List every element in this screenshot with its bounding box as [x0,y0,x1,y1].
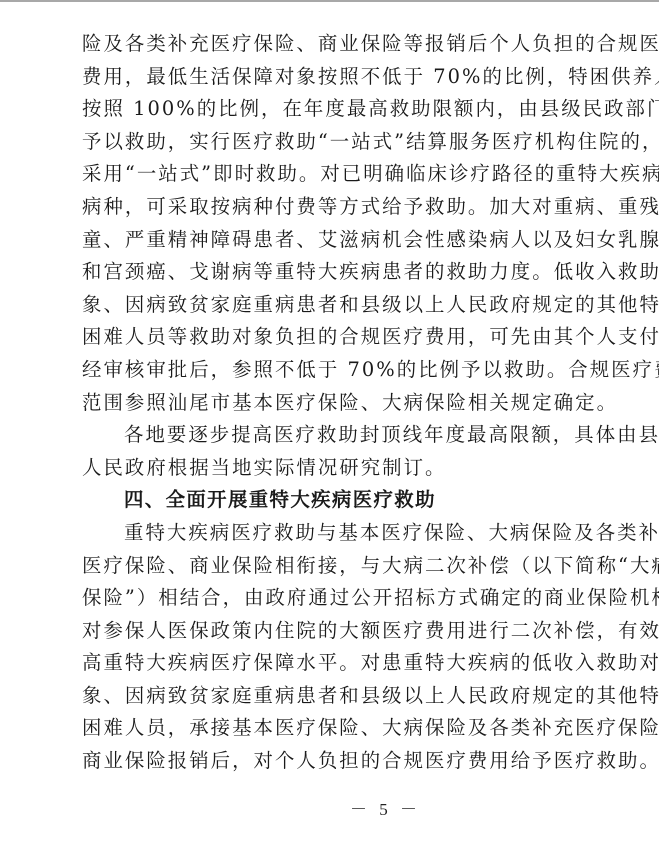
text-line: 保险”）相结合，由政府通过公开招标方式确定的商业保险机构 [82,582,582,615]
text-line: 高重特大疾病医疗保障水平。对患重特大疾病的低收入救助对 [82,647,582,680]
text-line: 医疗保险、商业保险相衔接，与大病二次补偿（以下简称“大病 [82,550,582,583]
text-line: 险及各类补充医疗保险、商业保险等报销后个人负担的合规医疗 [82,28,582,61]
text-line: 病种，可采取按病种付费等方式给予救助。加大对重病、重残儿 [82,191,582,224]
text-line: 费用，最低生活保障对象按照不低于 70%的比例，特困供养人员 [82,61,582,94]
text-line: 按照 100%的比例，在年度最高救助限额内，由县级民政部门直接 [82,93,582,126]
text-line: 各地要逐步提高医疗救助封顶线年度最高限额，具体由县级 [82,419,582,452]
section-heading: 四、全面开展重特大疾病医疗救助 [82,484,582,517]
paragraph-1: 险及各类补充医疗保险、商业保险等报销后个人负担的合规医疗 费用，最低生活保障对象… [82,28,582,419]
top-border-rule [0,0,659,2]
document-page-body: 险及各类补充医疗保险、商业保险等报销后个人负担的合规医疗 费用，最低生活保障对象… [82,28,582,778]
page-number: － 5 － [0,795,659,820]
text-line: 和宫颈癌、戈谢病等重特大疾病患者的救助力度。低收入救助对 [82,256,582,289]
text-line: 人民政府根据当地实际情况研究制订。 [82,452,582,485]
text-line: 象、因病致贫家庭重病患者和县级以上人民政府规定的其他特殊 [82,680,582,713]
text-line: 予以救助，实行医疗救助“一站式”结算服务医疗机构住院的， [82,126,582,159]
text-line: 范围参照汕尾市基本医疗保险、大病保险相关规定确定。 [82,387,582,420]
text-line: 经审核审批后，参照不低于 70%的比例予以救助。合规医疗费用 [82,354,582,387]
text-line: 象、因病致贫家庭重病患者和县级以上人民政府规定的其他特殊 [82,289,582,322]
text-line: 困难人员，承接基本医疗保险、大病保险及各类补充医疗保险、 [82,712,582,745]
text-line: 商业保险报销后，对个人负担的合规医疗费用给予医疗救助。 [82,745,582,778]
paragraph-2: 各地要逐步提高医疗救助封顶线年度最高限额，具体由县级 人民政府根据当地实际情况研… [82,419,582,484]
text-line: 采用“一站式”即时救助。对已明确临床诊疗路径的重特大疾病 [82,158,582,191]
text-line: 困难人员等救助对象负担的合规医疗费用，可先由其个人支付， [82,321,582,354]
text-line: 重特大疾病医疗救助与基本医疗保险、大病保险及各类补充 [82,517,582,550]
text-line: 童、严重精神障碍患者、艾滋病机会性感染病人以及妇女乳腺癌 [82,224,582,257]
text-line: 对参保人医保政策内住院的大额医疗费用进行二次补偿，有效提 [82,615,582,648]
paragraph-3: 重特大疾病医疗救助与基本医疗保险、大病保险及各类补充 医疗保险、商业保险相衔接，… [82,517,582,778]
